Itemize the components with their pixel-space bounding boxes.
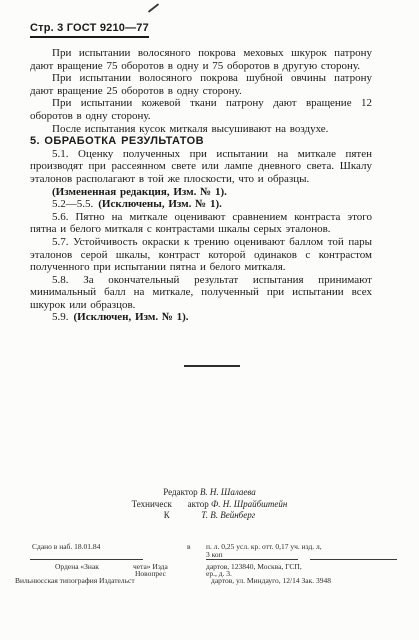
para-leather-12-rotations: При испытании кожевой ткани патрону дают… (30, 97, 372, 122)
colophon-rule-left (30, 559, 143, 560)
para-drying: После испытания кусок миткаля высушивают… (30, 123, 372, 136)
colophon-street-a: Новопрес (135, 570, 166, 578)
para-5-6: 5.6. Пятно на миткале оценивают сравнени… (30, 211, 372, 236)
credit-tech-editor-name: Ф. Н. Шрайбштейн (211, 499, 287, 509)
colophon-publisher-a: Ордена «Знак (55, 563, 99, 571)
para-5-2-5-5-number: 5.2—5.5. (52, 198, 93, 210)
credit-editor: Редактор В. Н. Шалаева (0, 487, 419, 499)
credit-editor-label: Редактор (163, 487, 200, 497)
para-5-9-note: (Исключен, Изм. № 1). (69, 311, 189, 323)
section-heading-results-processing: 5. ОБРАБОТКА РЕЗУЛЬТАТОВ (30, 135, 372, 148)
para-fur-skins-75-rotations: При испытании волосяного покрова меховых… (30, 47, 372, 72)
document-page: Стр. 3 ГОСТ 9210—77 При испытании волося… (0, 0, 419, 640)
para-5-9: 5.9.(Исключен, Изм. № 1). (30, 311, 372, 324)
para-5-2-5-5: 5.2—5.5.(Исключены, Изм. № 1). (30, 198, 372, 211)
credit-corrector-label: К (164, 510, 202, 520)
para-5-1: 5.1. Оценку полученных при испытании на … (30, 148, 372, 186)
credit-corrector-name: Т. В. Вейнберг (201, 510, 255, 520)
para-5-2-5-5-note: (Исключены, Изм. № 1). (93, 198, 222, 210)
colophon-submitted: Сдано в наб. 18.01.84 (32, 543, 100, 551)
colophon-rule-mid (206, 559, 298, 560)
colophon-print-stats: п. л. 0,25 усл. кр. отт. 0,17 уч. изд. л… (206, 543, 322, 551)
credit-tech-editor: Техническ актор Ф. Н. Шрайбштейн (0, 499, 419, 511)
section-divider (184, 365, 240, 367)
para-5-7: 5.7. Устойчивость окраски к трению оцени… (30, 236, 372, 274)
credit-corrector: К Т. В. Вейнберг (0, 510, 419, 522)
page-header: Стр. 3 ГОСТ 9210—77 (30, 22, 149, 38)
credits-block: Редактор В. Н. Шалаева Техническ актор Ф… (0, 487, 419, 522)
para-5-8: 5.8. За окончательный результат испытани… (30, 274, 372, 312)
credit-editor-name: В. Н. Шалаева (200, 487, 256, 497)
page-content: Стр. 3 ГОСТ 9210—77 При испытании волося… (30, 18, 372, 324)
para-5-9-number: 5.9. (52, 311, 69, 323)
colophon-printer-b: дартов, ул. Миндауго, 12/14 Зак. 3948 (211, 577, 331, 585)
colophon-printer-a: Вильнюсская типография Издательст (15, 577, 135, 585)
para-sheepskin-25-rotations: При испытании волосяного покрова шубной … (30, 72, 372, 97)
body-text: При испытании волосяного покрова меховых… (30, 47, 372, 324)
credit-tech-editor-label: Техническ актор (132, 499, 211, 509)
scan-artifact-stroke (148, 3, 159, 13)
colophon-rule-right (310, 559, 397, 560)
para-amended-note: (Измененная редакция, Изм. № 1). (30, 186, 372, 199)
colophon-fragment-v: в (187, 543, 191, 551)
colophon-price: 3 коп (206, 551, 223, 559)
